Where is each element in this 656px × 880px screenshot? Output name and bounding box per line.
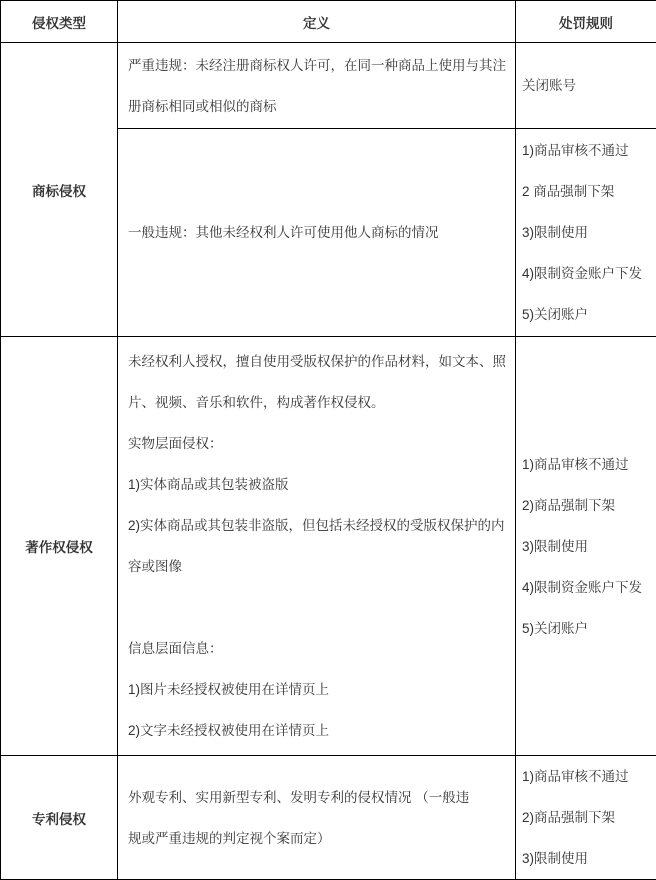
definition-copyright: 未经权利人授权，擅自使用受版权保护的作品材料，如文本、照 片、视频、音乐和软件，… bbox=[118, 337, 516, 756]
category-copyright-infringement: 著作权侵权 bbox=[1, 337, 118, 756]
penalty-trademark-severe: 关闭账号 bbox=[516, 43, 656, 129]
table-row: 商标侵权 严重违规：未经注册商标权人许可，在同一种商品上使用与其注 册商标相同或… bbox=[1, 43, 656, 129]
header-infringement-type: 侵权类型 bbox=[1, 1, 118, 43]
infringement-rules-table: 侵权类型 定义 处罚规则 商标侵权 严重违规：未经注册商标权人许可，在同一种商品… bbox=[0, 0, 656, 880]
definition-patent: 外观专利、实用新型专利、发明专利的侵权情况 （一般违 规或严重违规的判定视个案而… bbox=[118, 756, 516, 880]
header-definition: 定义 bbox=[118, 1, 516, 43]
category-trademark-infringement: 商标侵权 bbox=[1, 43, 118, 337]
penalty-copyright: 1)商品审核不通过 2)商品强制下架 3)限制使用 4)限制资金账户下发 5)关… bbox=[516, 337, 656, 756]
table-row: 著作权侵权 未经权利人授权，擅自使用受版权保护的作品材料，如文本、照 片、视频、… bbox=[1, 337, 656, 756]
table-row: 专利侵权 外观专利、实用新型专利、发明专利的侵权情况 （一般违 规或严重违规的判… bbox=[1, 756, 656, 880]
penalty-patent: 1)商品审核不通过 2)商品强制下架 3)限制使用 bbox=[516, 756, 656, 880]
header-penalty-rules: 处罚规则 bbox=[516, 1, 656, 43]
category-patent-infringement: 专利侵权 bbox=[1, 756, 118, 880]
penalty-trademark-general: 1)商品审核不通过 2 商品强制下架 3)限制使用 4)限制资金账户下发 5)关… bbox=[516, 129, 656, 337]
definition-trademark-general: 一般违规：其他未经权利人许可使用他人商标的情况 bbox=[118, 129, 516, 337]
table-header-row: 侵权类型 定义 处罚规则 bbox=[1, 1, 656, 43]
definition-trademark-severe: 严重违规：未经注册商标权人许可，在同一种商品上使用与其注 册商标相同或相似的商标 bbox=[118, 43, 516, 129]
